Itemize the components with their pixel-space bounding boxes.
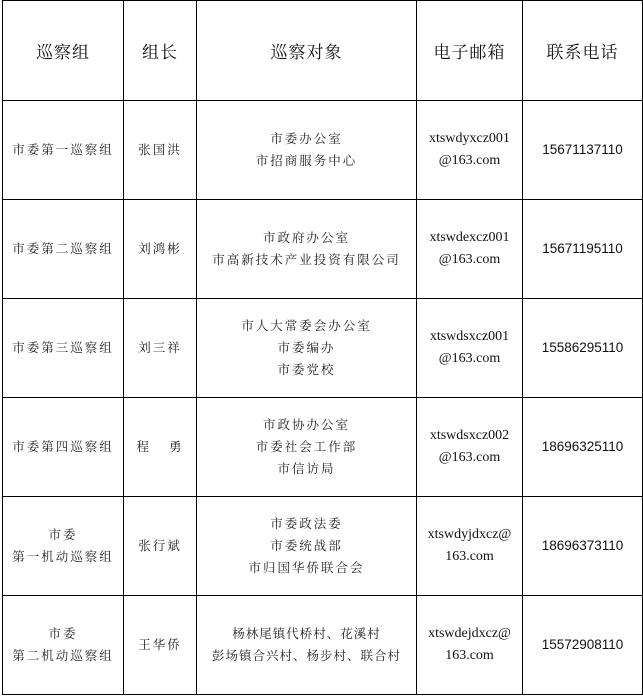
phone-cell: 15671137110 [523, 101, 643, 200]
target-cell: 市委政法委 市委统战部 市归国华侨联合会 [197, 497, 417, 596]
leader-cell: 程勇 [124, 398, 197, 497]
email-part: 163.com [417, 645, 522, 667]
inspection-groups-table: 巡察组 组长 巡察对象 电子邮箱 联系电话 市委第一巡察组 张国洪 市委办公室 … [2, 0, 643, 695]
email-part: xtswdejdxcz@ [417, 623, 522, 645]
target-item: 市委编办 [197, 337, 416, 359]
header-leader: 组长 [124, 1, 197, 101]
header-target: 巡察对象 [197, 1, 417, 101]
table-row: 市委 第二机动巡察组 王华侨 杨林尾镇代桥村、花溪村 彭场镇合兴村、杨步村、联合… [3, 596, 643, 695]
email-part: 163.com [417, 546, 522, 568]
group-name: 市委第二巡察组 [3, 238, 123, 260]
table-row: 市委第三巡察组 刘三祥 市人大常委会办公室 市委编办 市委党校 xtswdsxc… [3, 299, 643, 398]
target-item: 市高新技术产业投资有限公司 [197, 249, 416, 271]
target-item: 市委党校 [197, 359, 416, 381]
table-row: 市委第二巡察组 刘鸿彬 市政府办公室 市高新技术产业投资有限公司 xtswdex… [3, 200, 643, 299]
target-cell: 杨林尾镇代桥村、花溪村 彭场镇合兴村、杨步村、联合村 [197, 596, 417, 695]
group-cell: 市委第四巡察组 [3, 398, 124, 497]
table-row: 市委第四巡察组 程勇 市政协办公室 市委社会工作部 市信访局 xtswdsxcz… [3, 398, 643, 497]
email-part: @163.com [417, 348, 522, 370]
target-item: 市委统战部 [197, 535, 416, 557]
email-cell[interactable]: xtswdsxcz002 @163.com [417, 398, 523, 497]
leader-cell: 刘三祥 [124, 299, 197, 398]
email-part: xtswdyjdxcz@ [417, 524, 522, 546]
email-part: xtswdyxcz001 [417, 128, 522, 150]
leader-name-part: 程 [136, 439, 151, 454]
group-name: 市委 [3, 623, 123, 645]
target-item: 市归国华侨联合会 [197, 557, 416, 579]
target-cell: 市政协办公室 市委社会工作部 市信访局 [197, 398, 417, 497]
email-cell[interactable]: xtswdexcz001 @163.com [417, 200, 523, 299]
header-phone: 联系电话 [523, 1, 643, 101]
group-cell: 市委第二巡察组 [3, 200, 124, 299]
group-name: 市委第四巡察组 [3, 436, 123, 458]
leader-cell: 王华侨 [124, 596, 197, 695]
group-name: 市委 [3, 524, 123, 546]
header-email: 电子邮箱 [417, 1, 523, 101]
group-name: 第二机动巡察组 [3, 645, 123, 667]
target-item: 市政协办公室 [197, 414, 416, 436]
email-part: @163.com [417, 150, 522, 172]
target-item: 市委社会工作部 [197, 436, 416, 458]
leader-cell: 张国洪 [124, 101, 197, 200]
email-cell[interactable]: xtswdejdxcz@ 163.com [417, 596, 523, 695]
target-item: 市委政法委 [197, 513, 416, 535]
target-cell: 市政府办公室 市高新技术产业投资有限公司 [197, 200, 417, 299]
group-cell: 市委第三巡察组 [3, 299, 124, 398]
group-cell: 市委 第二机动巡察组 [3, 596, 124, 695]
email-cell[interactable]: xtswdyxcz001 @163.com [417, 101, 523, 200]
email-cell[interactable]: xtswdyjdxcz@ 163.com [417, 497, 523, 596]
group-cell: 市委第一巡察组 [3, 101, 124, 200]
target-item: 市人大常委会办公室 [197, 315, 416, 337]
leader-name-part: 勇 [169, 439, 184, 454]
email-part: xtswdsxcz001 [417, 326, 522, 348]
phone-cell: 15572908110 [523, 596, 643, 695]
target-item: 市政府办公室 [197, 227, 416, 249]
target-item: 彭场镇合兴村、杨步村、联合村 [197, 645, 416, 667]
phone-cell: 15586295110 [523, 299, 643, 398]
target-item: 市信访局 [197, 458, 416, 480]
email-cell[interactable]: xtswdsxcz001 @163.com [417, 299, 523, 398]
email-part: @163.com [417, 249, 522, 271]
leader-cell: 张行斌 [124, 497, 197, 596]
email-part: xtswdsxcz002 [417, 425, 522, 447]
email-part: xtswdexcz001 [417, 227, 522, 249]
header-group: 巡察组 [3, 1, 124, 101]
target-item: 市招商服务中心 [197, 150, 416, 172]
table-row: 市委 第一机动巡察组 张行斌 市委政法委 市委统战部 市归国华侨联合会 xtsw… [3, 497, 643, 596]
phone-cell: 18696373110 [523, 497, 643, 596]
group-name: 市委第一巡察组 [3, 139, 123, 161]
leader-cell: 刘鸿彬 [124, 200, 197, 299]
email-part: @163.com [417, 447, 522, 469]
phone-cell: 18696325110 [523, 398, 643, 497]
header-row: 巡察组 组长 巡察对象 电子邮箱 联系电话 [3, 1, 643, 101]
group-name: 第一机动巡察组 [3, 546, 123, 568]
target-item: 杨林尾镇代桥村、花溪村 [197, 623, 416, 645]
group-cell: 市委 第一机动巡察组 [3, 497, 124, 596]
table-row: 市委第一巡察组 张国洪 市委办公室 市招商服务中心 xtswdyxcz001 @… [3, 101, 643, 200]
target-cell: 市委办公室 市招商服务中心 [197, 101, 417, 200]
target-item: 市委办公室 [197, 128, 416, 150]
group-name: 市委第三巡察组 [3, 337, 123, 359]
phone-cell: 15671195110 [523, 200, 643, 299]
target-cell: 市人大常委会办公室 市委编办 市委党校 [197, 299, 417, 398]
